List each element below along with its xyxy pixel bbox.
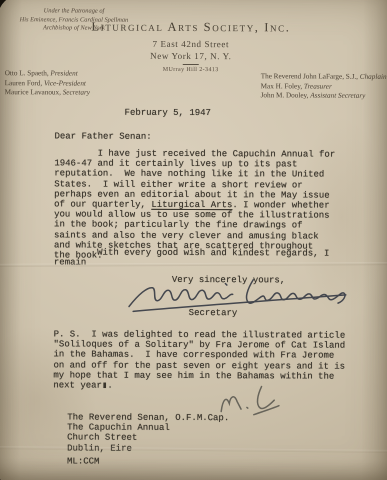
officer-row: Otto L. Spaeth, President bbox=[5, 69, 90, 79]
officer-title: President bbox=[50, 69, 77, 77]
officers-right: The Reverend John LaFarge, S.J., Chaplai… bbox=[261, 72, 387, 101]
org-street: 7 East 42nd Street bbox=[76, 38, 306, 49]
org-city: New York 17, N. Y. bbox=[76, 50, 306, 61]
officer-name: Maurice Lavanoux, bbox=[5, 88, 61, 96]
postscript: P. S. I was delighted to read the illust… bbox=[53, 329, 363, 392]
officer-title: Secretary bbox=[63, 89, 90, 97]
officer-name: Lauren Ford, bbox=[5, 79, 43, 87]
date-line: February 5, 1947 bbox=[125, 108, 211, 119]
recipient-address-block: The Reverend Senan, O.F.M.Cap. The Capuc… bbox=[67, 412, 229, 454]
salutation: Dear Father Senan: bbox=[54, 131, 151, 142]
typed-role-secretary: Secretary bbox=[189, 308, 238, 318]
divider-rule bbox=[183, 64, 199, 65]
letterhead: Liturgical Arts Society, Inc. 7 East 42n… bbox=[76, 19, 306, 73]
officer-row: Lauren Ford, Vice-President bbox=[5, 79, 90, 89]
body-paragraph-1: I have just received the Capuchin Annual… bbox=[54, 148, 354, 262]
officers-left: Otto L. Spaeth, President Lauren Ford, V… bbox=[5, 69, 90, 98]
underlined-journal-title: Liturgical Arts bbox=[151, 200, 232, 210]
paper: Under the Patronage of His Eminence, Fra… bbox=[0, 0, 387, 480]
officer-title: Assistant Secretary bbox=[310, 92, 365, 100]
officer-title: Treasurer bbox=[304, 82, 332, 90]
officer-row: The Reverend John LaFarge, S.J., Chaplai… bbox=[261, 72, 387, 82]
typist-reference-initials: ML:CCM bbox=[67, 456, 99, 466]
officer-name: Otto L. Spaeth, bbox=[5, 69, 49, 77]
org-name: Liturgical Arts Society, Inc. bbox=[76, 19, 306, 35]
officer-name: Max H. Foley, bbox=[261, 82, 303, 90]
body-paragraph-2: With every good wish and kindest regards… bbox=[54, 247, 354, 269]
officer-name: The Reverend John LaFarge, S.J., bbox=[261, 72, 358, 80]
officer-row: Max H. Foley, Treasurer bbox=[261, 82, 387, 92]
officer-title: Vice-President bbox=[44, 79, 86, 87]
officer-row: Maurice Lavanoux, Secretary bbox=[5, 88, 90, 98]
signature-autograph-maurice-lavanoux bbox=[124, 273, 351, 320]
letter-photo: Under the Patronage of His Eminence, Fra… bbox=[0, 0, 387, 480]
officer-name: John M. Dooley, bbox=[261, 91, 309, 99]
officer-title: Chaplain bbox=[360, 73, 387, 81]
officer-row: John M. Dooley, Assistant Secretary bbox=[261, 91, 387, 101]
